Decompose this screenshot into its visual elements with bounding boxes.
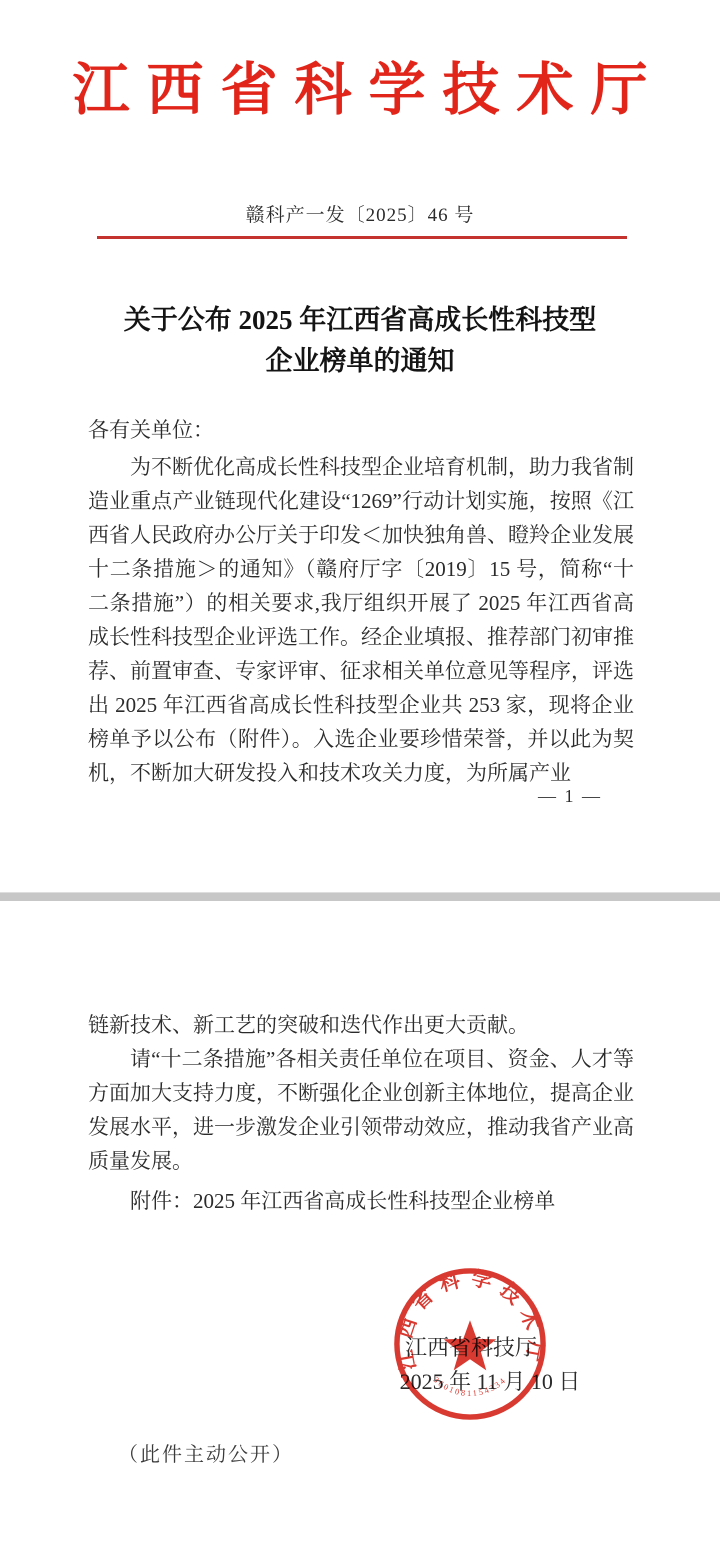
attachment-line: 附件：2025 年江西省高成长性科技型企业榜单 (88, 1185, 648, 1215)
red-divider-line (97, 236, 627, 239)
disclosure-note: （此件主动公开） (118, 1438, 294, 1467)
salutation: 各有关单位： (88, 414, 214, 444)
agency-header: 江西省科学技术厅 (0, 44, 720, 126)
body-paragraph: 为不断优化高成长性科技型企业培育机制，助力我省制造业重点产业链现代化建设“126… (88, 450, 634, 790)
action-paragraph: 请“十二条措施”各相关责任单位在项目、资金、人才等方面加大支持力度，不断强化企业… (88, 1042, 634, 1178)
page-separator (0, 892, 720, 901)
page-1: 江西省科学技术厅 赣科产一发〔2025〕46 号 关于公布 2025 年江西省高… (0, 0, 720, 893)
page-number: — 1 — (538, 786, 602, 807)
notice-title-line2: 企业榜单的通知 (60, 341, 660, 382)
seal-star-icon (444, 1320, 497, 1370)
seal-serial-number: 3601081154334 (432, 1375, 509, 1398)
official-seal: 江西省科学技术厅 3601081154334 (391, 1265, 549, 1423)
document-number: 赣科产一发〔2025〕46 号 (0, 200, 720, 227)
notice-title-line1: 关于公布 2025 年江西省高成长性科技型 (60, 300, 660, 341)
page-2: 链新技术、新工艺的突破和迭代作出更大贡献。 请“十二条措施”各相关责任单位在项目… (0, 901, 720, 1551)
continuation-paragraph: 链新技术、新工艺的突破和迭代作出更大贡献。 (88, 1008, 634, 1042)
document-viewer: 江西省科学技术厅 赣科产一发〔2025〕46 号 关于公布 2025 年江西省高… (0, 0, 720, 1551)
notice-title: 关于公布 2025 年江西省高成长性科技型 企业榜单的通知 (60, 300, 660, 382)
